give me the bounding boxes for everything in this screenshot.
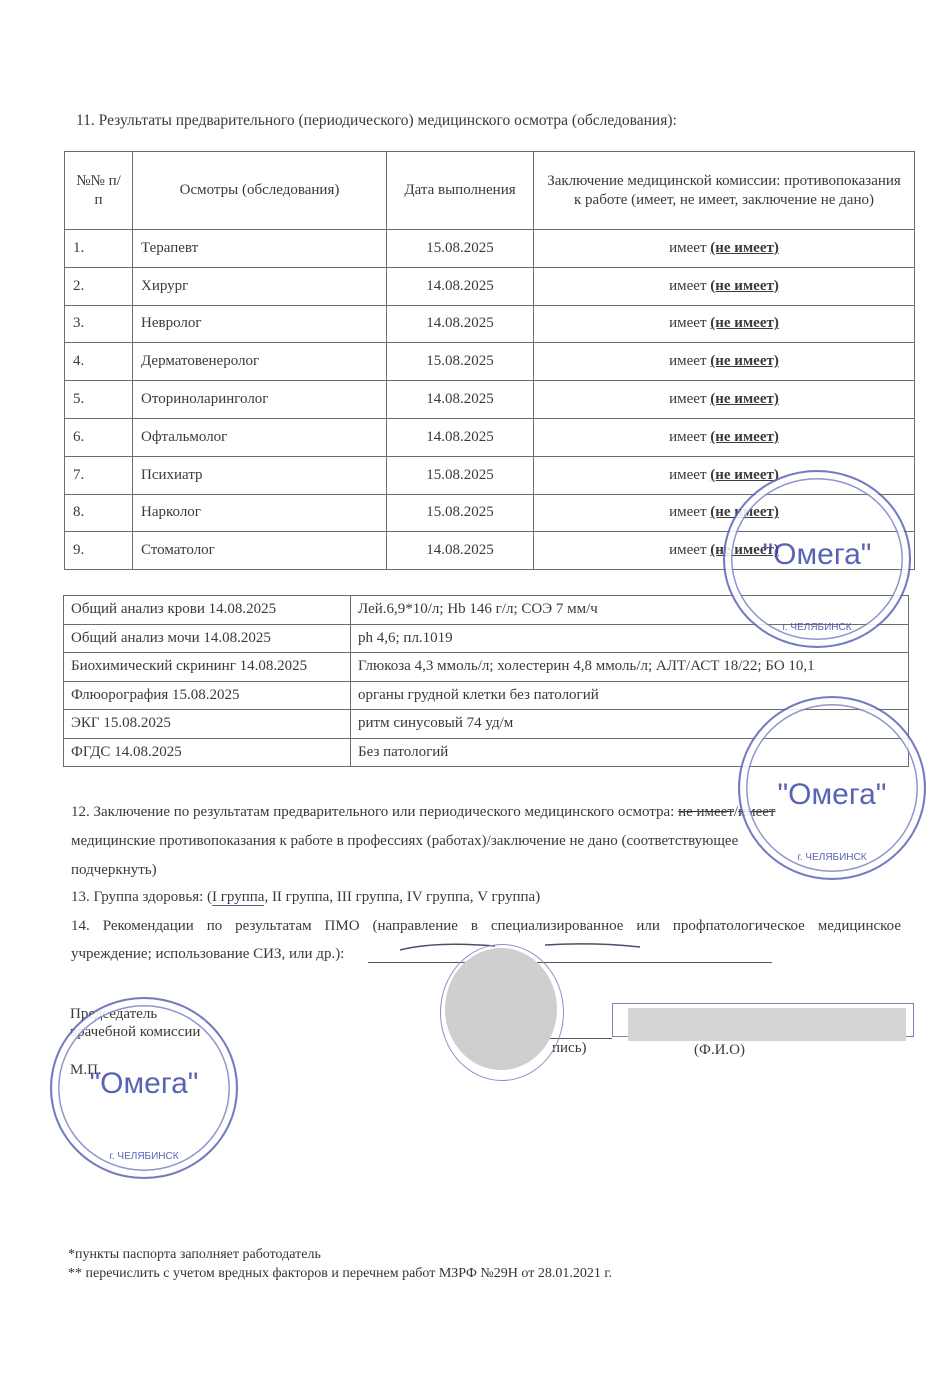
table-row: 4.Дерматовенеролог15.08.2025имеет (не им…	[65, 343, 915, 381]
has-label: имеет	[669, 353, 706, 369]
section-13: 13. Группа здоровья: (I группа, II групп…	[71, 889, 540, 906]
not-has-label: (не имеет)	[710, 240, 779, 256]
section-12-line3: подчеркнуть)	[71, 862, 157, 879]
row-conclusion: имеет (не имеет)	[534, 230, 915, 268]
table-row: 1.Терапевт15.08.2025имеет (не имеет)	[65, 230, 915, 268]
stamp-city: г. ЧЕЛЯБИНСК	[740, 852, 924, 863]
table-row: 3.Невролог14.08.2025имеет (не имеет)	[65, 305, 915, 343]
row-num: 7.	[65, 456, 133, 494]
row-num: 5.	[65, 381, 133, 419]
stamp-ring-partial	[440, 944, 564, 1081]
health-group-options: , II группа, III группа, IV группа, V гр…	[264, 889, 540, 905]
row-date: 14.08.2025	[387, 305, 534, 343]
row-num: 3.	[65, 305, 133, 343]
not-has-label: (не имеет)	[710, 429, 779, 445]
row-exam: Терапевт	[133, 230, 387, 268]
row-num: 1.	[65, 230, 133, 268]
row-conclusion: имеет (не имеет)	[534, 381, 915, 419]
row-date: 14.08.2025	[387, 267, 534, 305]
test-name: Флюорография 15.08.2025	[64, 681, 351, 710]
company-stamp-3: "Омега" г. ЧЕЛЯБИНСК	[50, 997, 238, 1179]
test-result: Глюкоза 4,3 ммоль/л; холестерин 4,8 ммол…	[351, 653, 909, 682]
stamp-city: г. ЧЕЛЯБИНСК	[52, 1151, 236, 1162]
row-num: 8.	[65, 494, 133, 532]
stamp-brand: "Омега"	[725, 538, 909, 572]
row-num: 6.	[65, 418, 133, 456]
test-name: ЭКГ 15.08.2025	[64, 710, 351, 739]
not-has-label: (не имеет)	[710, 315, 779, 331]
table-row: 6.Офтальмолог14.08.2025имеет (не имеет)	[65, 418, 915, 456]
footnote-2: ** перечислить с учетом вредных факторов…	[68, 1266, 612, 1282]
table-header-row: №№ п/п Осмотры (обследования) Дата выпол…	[65, 152, 915, 230]
test-name: ФГДС 14.08.2025	[64, 738, 351, 767]
row-exam: Невролог	[133, 305, 387, 343]
header-exam: Осмотры (обследования)	[133, 152, 387, 230]
row-conclusion: имеет (не имеет)	[534, 418, 915, 456]
table-row: 5.Оториноларинголог14.08.2025имеет (не и…	[65, 381, 915, 419]
row-num: 4.	[65, 343, 133, 381]
header-num: №№ п/п	[65, 152, 133, 230]
row-date: 14.08.2025	[387, 532, 534, 570]
not-has-option: не имеет	[678, 804, 734, 820]
row-conclusion: имеет (не имеет)	[534, 343, 915, 381]
health-group-label: 13. Группа здоровья: (	[71, 889, 212, 905]
row-num: 2.	[65, 267, 133, 305]
has-label: имеет	[669, 315, 706, 331]
section-14-label: учреждение; использование СИЗ, или др.):	[71, 946, 344, 962]
table-row: Биохимический скрининг 14.08.2025Глюкоза…	[64, 653, 909, 682]
has-label: имеет	[669, 467, 706, 483]
row-date: 15.08.2025	[387, 343, 534, 381]
not-has-label: (не имеет)	[710, 278, 779, 294]
row-date: 15.08.2025	[387, 230, 534, 268]
has-label: имеет	[669, 429, 706, 445]
test-name: Общий анализ мочи 14.08.2025	[64, 624, 351, 653]
has-label: имеет	[669, 391, 706, 407]
row-date: 15.08.2025	[387, 456, 534, 494]
section-14-line1: 14. Рекомендации по результатам ПМО (нап…	[71, 918, 901, 935]
table-row: 2.Хирург14.08.2025имеет (не имеет)	[65, 267, 915, 305]
section-11-title: 11. Результаты предварительного (периоди…	[76, 112, 677, 130]
row-exam: Офтальмолог	[133, 418, 387, 456]
table-row: Флюорография 15.08.2025органы грудной кл…	[64, 681, 909, 710]
not-has-label: (не имеет)	[710, 353, 779, 369]
row-exam: Стоматолог	[133, 532, 387, 570]
health-group-selected: I группа	[212, 889, 264, 906]
row-date: 15.08.2025	[387, 494, 534, 532]
company-stamp-1: "Омега" г. ЧЕЛЯБИНСК	[723, 470, 911, 648]
stamp-brand: "Омега"	[52, 1067, 236, 1101]
row-exam: Оториноларинголог	[133, 381, 387, 419]
has-label: имеет	[669, 504, 706, 520]
has-label: имеет	[669, 542, 706, 558]
section-12-line2: медицинские противопоказания к работе в …	[71, 833, 738, 850]
not-has-label: (не имеет)	[710, 467, 779, 483]
header-date: Дата выполнения	[387, 152, 534, 230]
fio-caption: (Ф.И.О)	[694, 1042, 745, 1059]
row-date: 14.08.2025	[387, 381, 534, 419]
has-label: имеет	[669, 240, 706, 256]
stamp-brand: "Омега"	[740, 778, 924, 812]
footnote-1: *пункты паспорта заполняет работодатель	[68, 1247, 321, 1263]
header-conclusion: Заключение медицинской комиссии: противо…	[534, 152, 915, 230]
section-12-line1: 12. Заключение по результатам предварите…	[71, 804, 775, 821]
section-12-text: 12. Заключение по результатам предварите…	[71, 804, 678, 820]
row-exam: Нарколог	[133, 494, 387, 532]
row-num: 9.	[65, 532, 133, 570]
row-exam: Дерматовенеролог	[133, 343, 387, 381]
redacted-fio	[628, 1008, 906, 1041]
not-has-label: (не имеет)	[710, 391, 779, 407]
row-exam: Психиатр	[133, 456, 387, 494]
row-exam: Хирург	[133, 267, 387, 305]
test-name: Биохимический скрининг 14.08.2025	[64, 653, 351, 682]
recommendations-line	[368, 962, 772, 963]
test-name: Общий анализ крови 14.08.2025	[64, 596, 351, 625]
row-conclusion: имеет (не имеет)	[534, 267, 915, 305]
stamp-city: г. ЧЕЛЯБИНСК	[725, 622, 909, 633]
company-stamp-2: "Омега" г. ЧЕЛЯБИНСК	[738, 696, 926, 880]
row-conclusion: имеет (не имеет)	[534, 305, 915, 343]
has-label: имеет	[669, 278, 706, 294]
section-14-line2: учреждение; использование СИЗ, или др.):	[71, 946, 344, 963]
row-date: 14.08.2025	[387, 418, 534, 456]
